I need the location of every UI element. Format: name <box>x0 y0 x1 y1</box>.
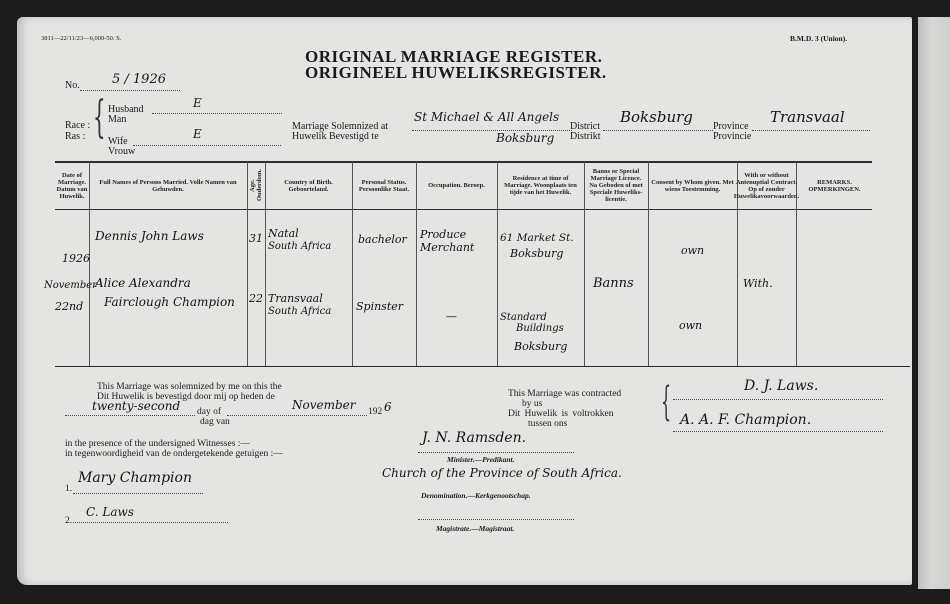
provincie-label: Provincie <box>713 131 751 142</box>
print-code: 3811—22/11/23—6,000-50. S. <box>41 35 121 42</box>
witnesses-statement-en: in the presence of the undersigned Witne… <box>65 439 250 449</box>
col-divider <box>648 162 649 366</box>
minister-signature: J. N. Ramsden. <box>422 430 526 446</box>
husband-race: E <box>193 96 202 110</box>
race-brace: { <box>93 103 106 133</box>
wife-birth-1: Transvaal <box>268 292 323 305</box>
husband-consent: own <box>681 244 704 257</box>
banns-value: Banns <box>593 277 634 290</box>
witness-1-signature: Mary Champion <box>78 470 192 486</box>
marriage-month: November <box>44 279 97 292</box>
header-residence: Residence at time of Marriage. Woonplaat… <box>500 163 581 208</box>
husband-race-line <box>152 104 282 114</box>
marriage-year: 1926 <box>62 252 90 265</box>
col-divider <box>497 162 498 366</box>
husband-occupation-1: Produce <box>420 228 466 241</box>
col-divider <box>584 162 585 366</box>
wife-residence-2: Buildings <box>516 322 564 335</box>
bevestigd-label: Huwelik Bevestigd te <box>292 131 379 142</box>
wife-birth-2: South Africa <box>268 305 331 318</box>
province-value: Transvaal <box>770 108 845 126</box>
husband-birth-2: South Africa <box>268 240 331 253</box>
wife-name-line-2: Fairclough Champion <box>104 296 235 309</box>
wife-race-line <box>133 136 281 146</box>
magistrate-label: Magistrate.—Magistraat. <box>436 524 514 533</box>
wife-consent: own <box>679 319 702 332</box>
magistrate-line <box>418 511 574 520</box>
wife-occupation: — <box>446 310 457 323</box>
wife-age: 22 <box>249 292 263 305</box>
distrikt-label: Distrikt <box>570 131 601 142</box>
husband-occupation-2: Merchant <box>420 241 474 254</box>
wife-race: E <box>193 127 202 141</box>
husband-birth-1: Natal <box>268 227 299 240</box>
solemnized-place: St Michael & All Angels <box>414 110 559 124</box>
wife-signature: A. A. F. Champion. <box>680 412 811 428</box>
contracted-statement-en-2: by us <box>522 399 542 409</box>
wife-residence-3: Boksburg <box>514 340 567 353</box>
denomination-value: Church of the Province of South Africa. <box>382 466 622 480</box>
register-number: 5 / 1926 <box>112 72 166 87</box>
contracted-statement-en-1: This Marriage was contracted <box>508 389 621 399</box>
title-afrikaans: ORIGINEEL HUWELIKSREGISTER. <box>305 65 607 81</box>
form-code: B.M.D. 3 (Union). <box>790 34 847 43</box>
table-header-rule <box>55 209 872 210</box>
district-value: Boksburg <box>620 108 693 126</box>
witness-2-signature: C. Laws <box>86 505 134 519</box>
contracted-statement-af-1: Dit Huwelik is voltrokken <box>508 409 613 419</box>
document-title: ORIGINAL MARRIAGE REGISTER. ORIGINEEL HU… <box>305 49 607 81</box>
antenuptial-value: With. <box>743 277 773 290</box>
husband-residence-1: 61 Market St. <box>500 232 574 245</box>
contracted-statement-af-2: tussen ons <box>528 419 567 429</box>
table-bottom-rule <box>55 366 910 367</box>
man-label: Man <box>108 114 126 125</box>
header-antenuptial: With or without Antenuptial Contract. Op… <box>738 163 795 208</box>
month-value: November <box>292 398 356 412</box>
husband-name: Dennis John Laws <box>95 230 204 243</box>
vrouw-label: Vrouw <box>108 146 135 157</box>
wife-status: Spinster <box>356 300 403 313</box>
header-country: Country of Birth. Geboorteland. <box>265 163 352 208</box>
marriage-day: 22nd <box>55 300 83 313</box>
header-remarks: REMARKS. OPMERKINGEN. <box>797 163 872 208</box>
ras-label: Ras : <box>65 131 85 142</box>
husband-status: bachelor <box>358 233 407 246</box>
adjacent-page-edge <box>918 17 950 589</box>
year-prefix: 192 <box>368 407 382 417</box>
dag-van-label: dag van <box>200 417 230 427</box>
wife-name-line-1: Alice Alexandra <box>95 277 191 290</box>
header-names: Full Names of Persons Married. Volle Nam… <box>95 163 241 208</box>
header-occupation: Occupation. Beroep. <box>416 163 497 208</box>
header-consent: Consent by Whom given. Met wiens Toestem… <box>650 163 735 208</box>
header-date: Date of Marriage. Datum van Huwelik. <box>55 163 89 208</box>
race-label: Race : <box>65 120 90 131</box>
husband-age: 31 <box>249 232 263 245</box>
witnesses-statement-af: in tegenwoordigheid van de ondergetekend… <box>65 449 283 459</box>
minister-label: Minister.—Predikant. <box>447 455 515 464</box>
witness-2-number: 2. <box>65 516 72 526</box>
solemnized-statement-en: This Marriage was solemnized by me on th… <box>97 382 282 392</box>
witness-1-number: 1. <box>65 484 72 494</box>
day-of-label: day of <box>197 407 221 417</box>
header-age: Age. Ouderdom. <box>247 163 265 208</box>
solemnized-town: Boksburg <box>496 131 554 145</box>
husband-residence-2: Boksburg <box>510 247 563 260</box>
husband-signature: D. J. Laws. <box>744 378 818 394</box>
year-suffix: 6 <box>384 400 392 414</box>
header-status: Personal Status. Persoonlike Staat. <box>352 163 416 208</box>
contracted-brace: { <box>661 387 671 417</box>
no-label: No. <box>65 80 80 91</box>
header-banns: Banns or Special Marriage Licence. Na Ge… <box>586 163 646 208</box>
day-value: twenty-second <box>92 399 180 413</box>
denomination-label: Denomination.—Kerkgenootschap. <box>421 491 531 500</box>
